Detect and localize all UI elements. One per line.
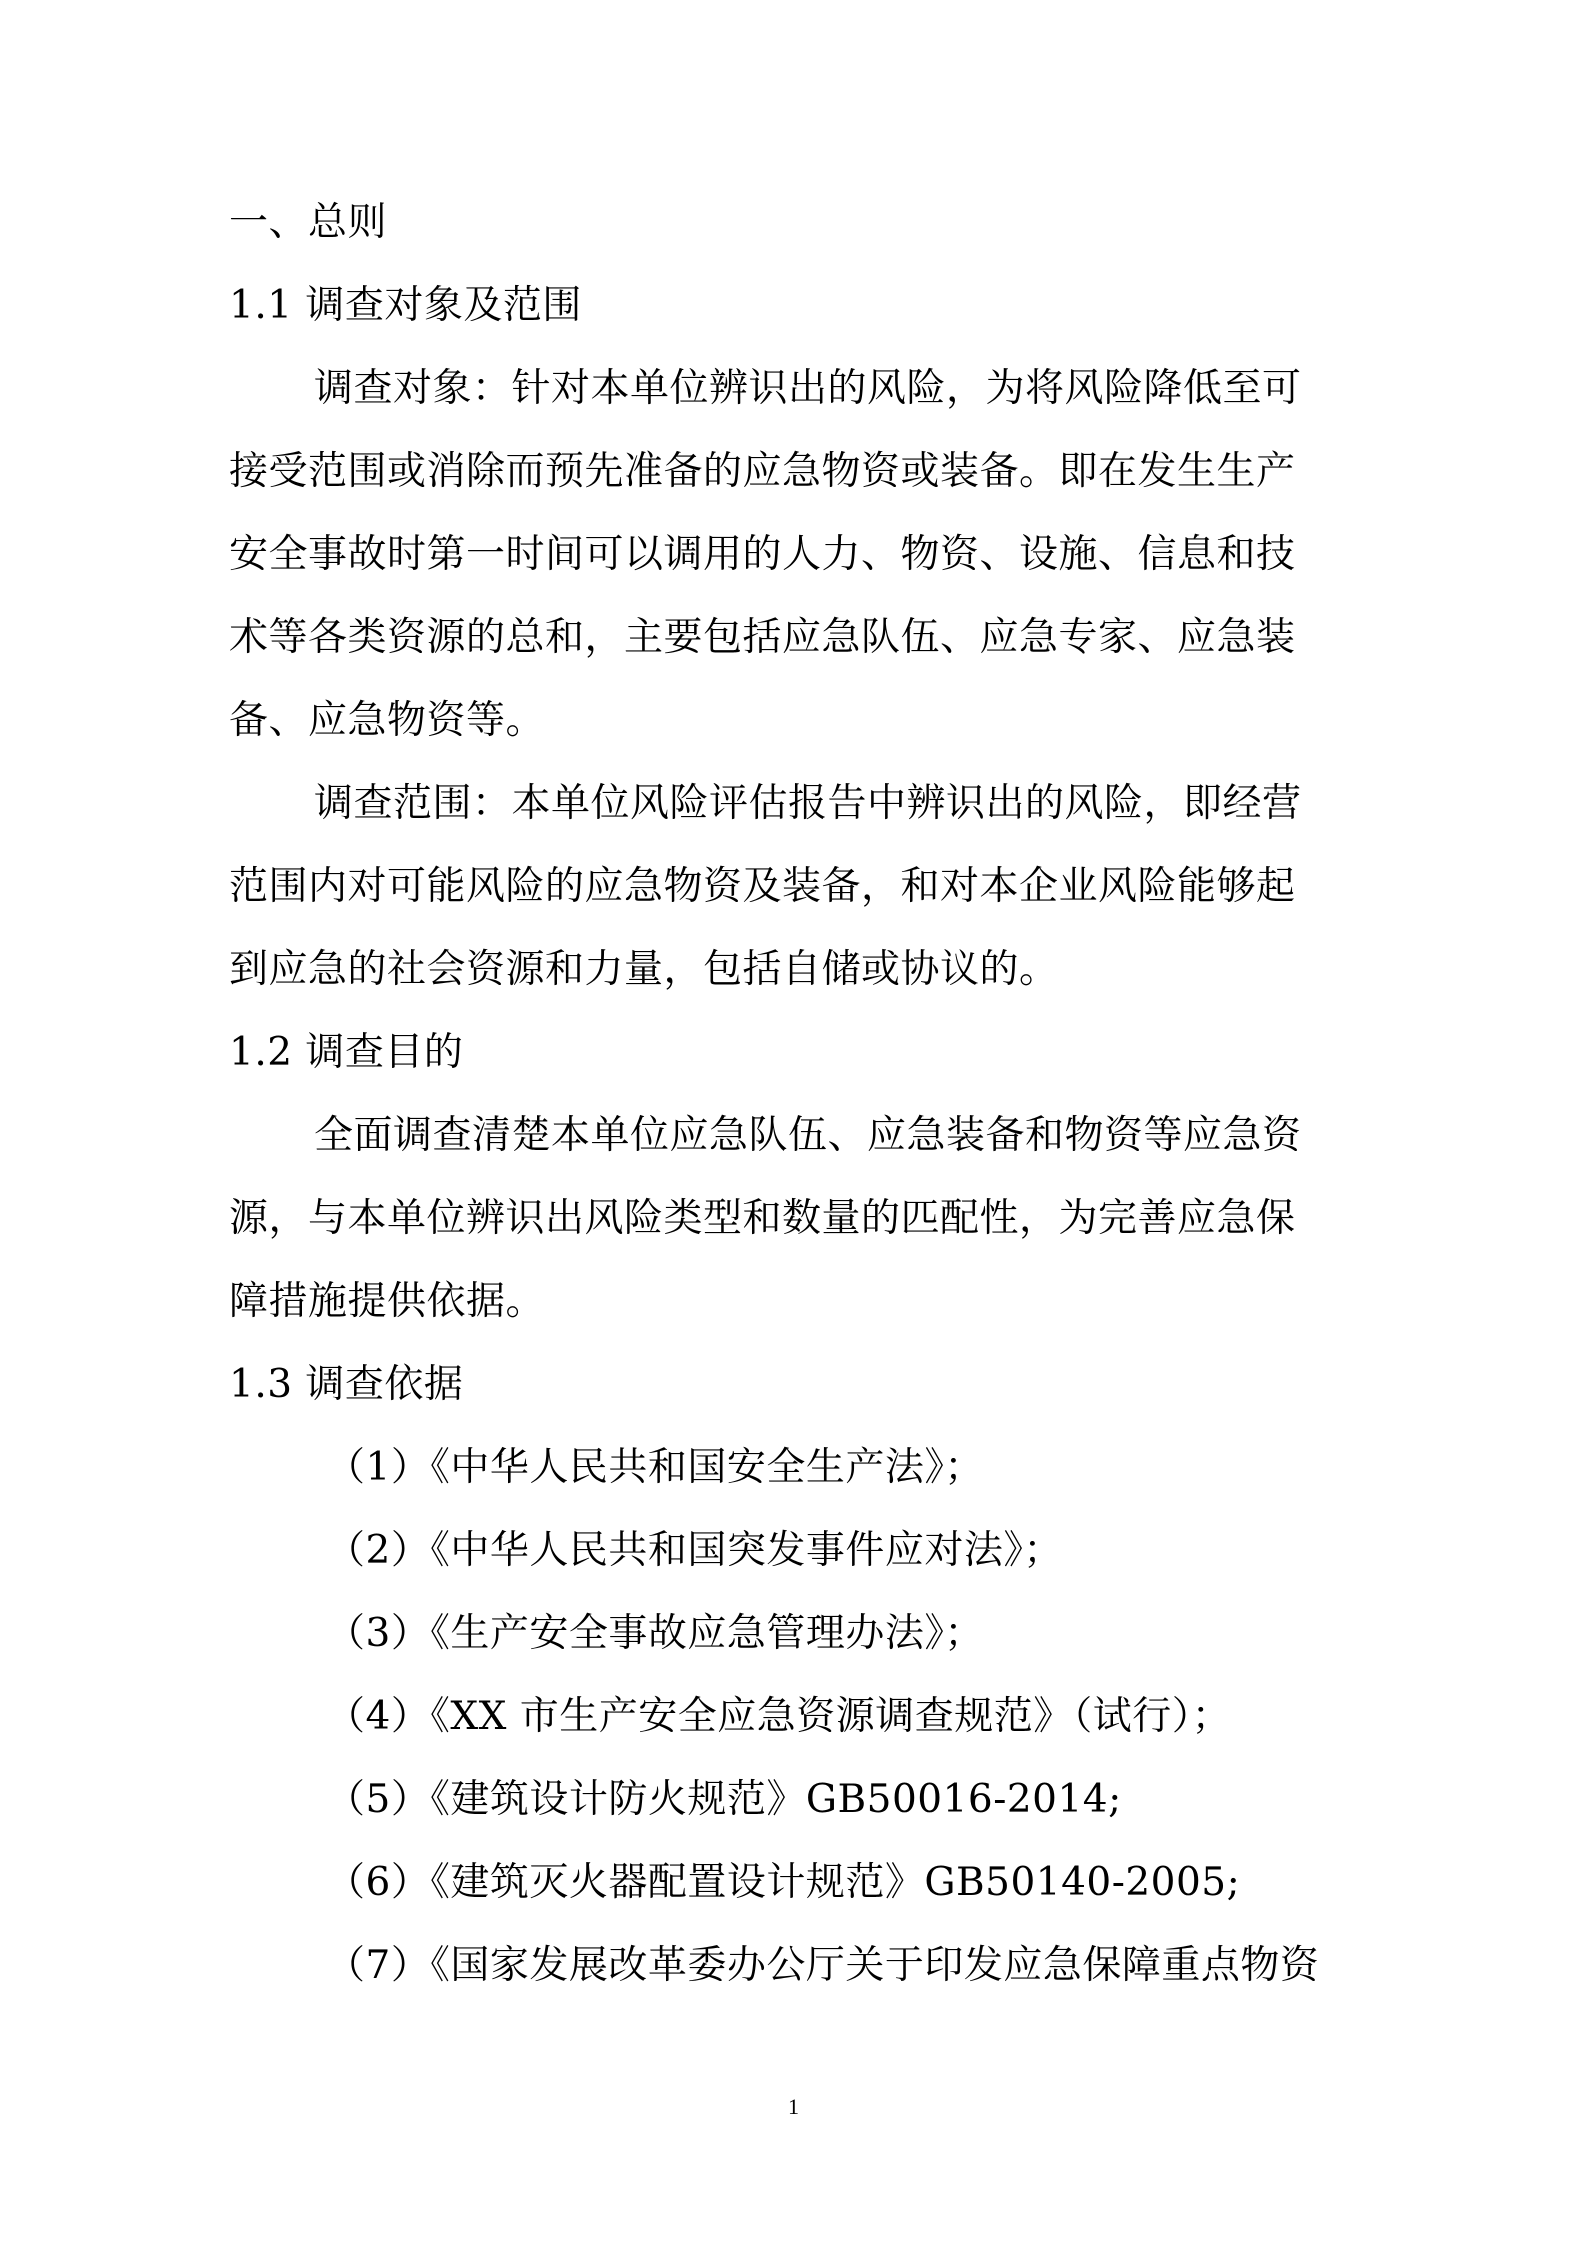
paragraph-line: 调查对象：针对本单位辨识出的风险，为将风险降低至可 bbox=[314, 366, 1302, 412]
reference-list-item: （5）《建筑设计防火规范》GB50016-2014; bbox=[326, 1777, 1122, 1823]
paragraph-line: 术等各类资源的总和，主要包括应急队伍、应急专家、应急装 bbox=[229, 615, 1296, 661]
reference-list-item: （6）《建筑灭火器配置设计规范》GB50140-2005; bbox=[326, 1860, 1240, 1906]
reference-list-item: （7）《国家发展改革委办公厅关于印发应急保障重点物资 bbox=[326, 1943, 1319, 1989]
paragraph-line: 调查范围：本单位风险评估报告中辨识出的风险，即经营 bbox=[314, 781, 1302, 827]
paragraph-line: 源，与本单位辨识出风险类型和数量的匹配性，为完善应急保 bbox=[229, 1196, 1296, 1242]
reference-list-item: （4）《XX 市生产安全应急资源调查规范》（试行）； bbox=[326, 1694, 1231, 1740]
subsection-heading-1-3: 1.3 调查依据 bbox=[229, 1362, 463, 1408]
page-number: 1 bbox=[0, 2094, 1587, 2120]
section-title: 一、总则 bbox=[229, 200, 387, 246]
paragraph-line: 接受范围或消除而预先准备的应急物资或装备。即在发生生产 bbox=[229, 449, 1296, 495]
reference-list-item: （1）《中华人民共和国安全生产法》； bbox=[326, 1445, 984, 1491]
paragraph-line: 范围内对可能风险的应急物资及装备，和对本企业风险能够起 bbox=[229, 864, 1296, 910]
paragraph-line: 到应急的社会资源和力量，包括自储或协议的。 bbox=[229, 947, 1059, 993]
subsection-heading-1-1: 1.1 调查对象及范围 bbox=[229, 283, 582, 329]
paragraph-line: 备、应急物资等。 bbox=[229, 698, 545, 744]
document-page: 一、总则 1.1 调查对象及范围 调查对象：针对本单位辨识出的风险，为将风险降低… bbox=[0, 0, 1587, 2245]
reference-list-item: （3）《生产安全事故应急管理办法》； bbox=[326, 1611, 984, 1657]
subsection-heading-1-2: 1.2 调查目的 bbox=[229, 1030, 463, 1076]
paragraph-line: 障措施提供依据。 bbox=[229, 1279, 545, 1325]
paragraph-line: 全面调查清楚本单位应急队伍、应急装备和物资等应急资 bbox=[314, 1113, 1302, 1159]
paragraph-line: 安全事故时第一时间可以调用的人力、物资、设施、信息和技 bbox=[229, 532, 1296, 578]
reference-list-item: （2）《中华人民共和国突发事件应对法》； bbox=[326, 1528, 1063, 1574]
